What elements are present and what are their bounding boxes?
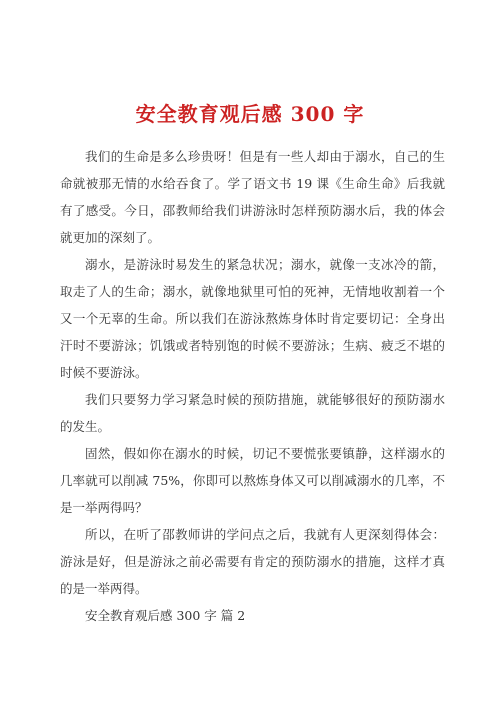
document-body: 我们的生命是多么珍贵呀！但是有一些人却由于溺水，自己的生命就被那无情的水给吞食了… (60, 143, 445, 629)
paragraph: 我们的生命是多么珍贵呀！但是有一些人却由于溺水，自己的生命就被那无情的水给吞食了… (60, 143, 445, 251)
paragraph: 固然，假如你在溺水的时候，切记不要慌张要镇静，这样溺水的几率就可以削减 75%，… (60, 440, 445, 521)
paragraph: 所以，在听了邵教师讲的学问点之后，我就有人更深刻得体会：游泳是好，但是游泳之前必… (60, 521, 445, 602)
document-page: 安全教育观后感 300 字 我们的生命是多么珍贵呀！但是有一些人却由于溺水，自己… (0, 0, 500, 707)
document-title: 安全教育观后感 300 字 (0, 98, 500, 130)
paragraph: 溺水，是游泳时易发生的紧急状况；溺水，就像一支冰冷的箭，取走了人的生命；溺水，就… (60, 251, 445, 386)
paragraph: 我们只要努力学习紧急时候的预防措施，就能够很好的预防溺水的发生。 (60, 386, 445, 440)
paragraph-section-heading: 安全教育观后感 300 字 篇 2 (60, 602, 445, 629)
